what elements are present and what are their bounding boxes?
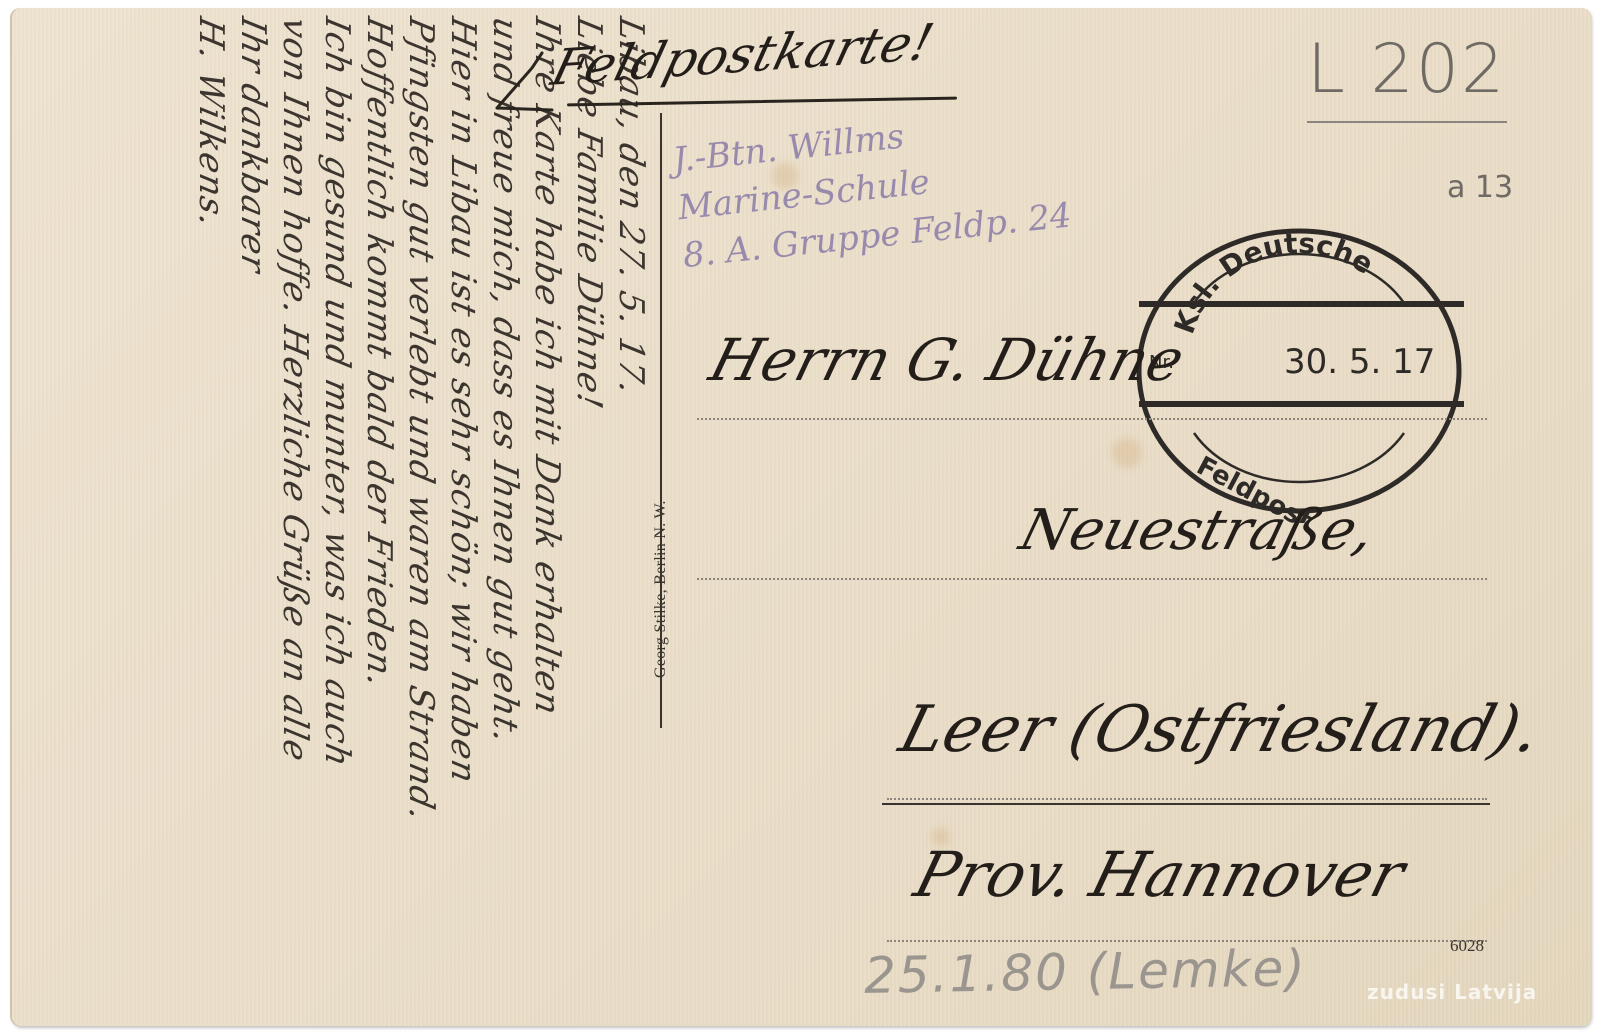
message-line: Libau, den 27. 5. 17. <box>610 14 652 1023</box>
sender-block: J.-Btn. Willms Marine-Schule 8. A. Grupp… <box>671 96 1074 280</box>
message-line: Ihr dankbarer <box>232 14 274 1023</box>
postmark-top-text: Ksl. Deutsche <box>1168 227 1380 338</box>
feldpost-postmark-icon: Ksl. Deutsche Nr. 30. 5. 17 Feldpost <box>1134 223 1464 523</box>
svg-text:Ksl. Deutsche: Ksl. Deutsche <box>1168 227 1380 338</box>
message-line: und freue mich, dass es Ihnen gut geht. <box>484 14 526 1023</box>
message-line: H. Wilkens. <box>190 14 232 1023</box>
message-area: Libau, den 27. 5. 17. Liebe Familie Dühn… <box>12 8 662 1026</box>
message-line: Ich bin gesund und munter, was ich auch <box>316 14 358 1023</box>
archive-pencil-note: 25.1.80 (Lemke) <box>864 939 1308 1005</box>
archive-reference: L 202 a 13 <box>1307 30 1507 123</box>
recipient-province: Prov. Hannover <box>907 838 1412 911</box>
message-line: Pfingsten gut verlebt und waren am Stran… <box>400 14 442 1023</box>
message-line: Hoffentlich kommt bald der Frieden. <box>358 14 400 1023</box>
reference-underline <box>1307 121 1507 123</box>
address-solid-rule <box>882 803 1490 805</box>
watermark: zudusi Latvija <box>1367 980 1537 1004</box>
reference-code: L 202 <box>1307 30 1507 109</box>
address-line-3 <box>887 798 1487 800</box>
message-line: Hier in Libau ist es sehr schön; wir hab… <box>442 14 484 1023</box>
postcard-back: Libau, den 27. 5. 17. Liebe Familie Dühn… <box>12 8 1592 1026</box>
reference-sub: a 13 <box>1447 170 1513 205</box>
recipient-name: Herrn G. Dühne <box>703 326 1191 394</box>
address-line-1 <box>697 418 1487 420</box>
publisher-imprint: Georg Stilke, Berlin N. W. <box>652 500 670 678</box>
card-number: 6028 <box>1450 936 1484 956</box>
postmark-date: 30. 5. 17 <box>1284 342 1435 382</box>
message-lines: Libau, den 27. 5. 17. Liebe Familie Dühn… <box>12 18 652 1018</box>
message-line: Liebe Familie Dühne! <box>568 14 610 1023</box>
address-line-2 <box>697 578 1487 580</box>
recipient-street: Neuestraße, <box>1013 498 1382 563</box>
message-line: Ihre Karte habe ich mit Dank erhalten <box>526 14 568 1023</box>
message-line: von Ihnen hoffe. Herzliche Grüße an alle <box>274 14 316 1023</box>
recipient-city: Leer (Ostfriesland). <box>892 693 1549 767</box>
